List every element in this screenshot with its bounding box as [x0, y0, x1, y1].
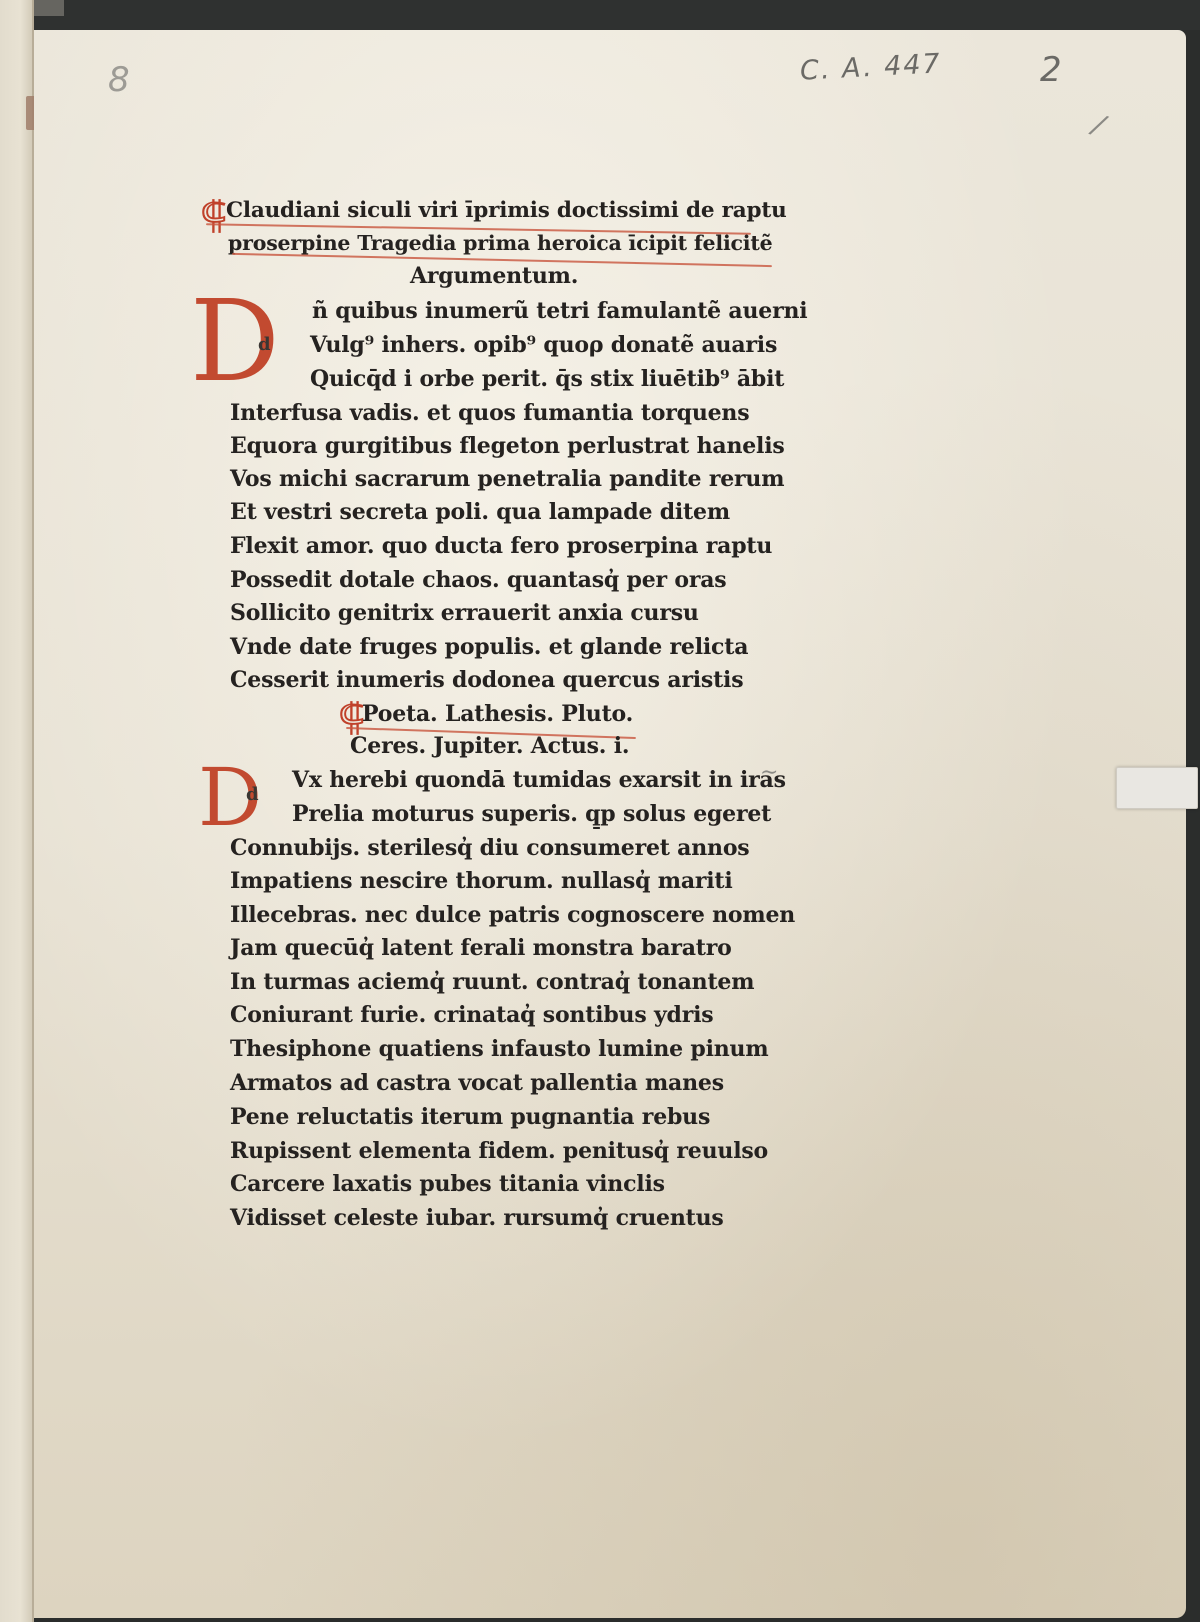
- dramatis-personae-line-2: Ceres. Jupiter. Actus. i.: [350, 733, 629, 759]
- verse-line: Prelia moturus superis. q̱p solus egeret: [292, 801, 771, 827]
- verse-line: Vos michi sacrarum penetralia pandite re…: [230, 466, 784, 492]
- verse-line: Vulg⁹ inhers. opib⁹ quoρ donatẽ auaris: [310, 332, 777, 358]
- verse-line: Armatos ad castra vocat pallentia manes: [230, 1070, 724, 1096]
- verse-line: Jam quecūq̓ latent ferali monstra barat…: [230, 935, 732, 961]
- verse-line: In turmas aciemq̓ ruunt. contraq̓ tonant…: [230, 969, 754, 995]
- verse-line: Thesiphone quatiens infausto lumine pinu…: [230, 1036, 768, 1062]
- verse-line: Vidisset celeste iubar. rursumq̓ cruentu…: [230, 1205, 724, 1231]
- dramatis-personae-line-1: Poeta. Lathesis. Pluto.: [362, 701, 633, 727]
- verse-line: Sollicito genitrix errauerit anxia cursu: [230, 600, 699, 626]
- verse-line: ñ quibus inumerũ tetri famulantẽ auerni: [312, 298, 807, 324]
- verse-line: Rupissent elementa fidem. penitusq̓ reuu…: [230, 1138, 768, 1164]
- verse-line: Equora gurgitibus flegeton perlustrat ha…: [230, 433, 785, 459]
- heading-line-2: proserpine Tragedia prima heroica īcipi…: [228, 231, 773, 255]
- verse-line: Illecebras. nec dulce patris cognoscere …: [230, 902, 795, 928]
- guide-letter: d: [246, 784, 259, 805]
- verse-line: Quicq̄d i orbe perit. q̄s stix liuētib⁹…: [310, 366, 784, 392]
- verse-line: Pene reluctatis iterum pugnantia rebus: [230, 1104, 710, 1130]
- verse-line: Interfusa vadis. et quos fumantia torque…: [230, 400, 749, 426]
- heading-line-3: Argumentum.: [410, 263, 578, 289]
- verse-line: Connubijs. sterilesq̓ diu consumeret ann…: [230, 835, 749, 861]
- verse-line: Possedit dotale chaos. quantasq̓ per ora…: [230, 567, 726, 593]
- verse-line: Cesserit inumeris dodonea quercus aristi…: [230, 667, 743, 693]
- heading-line-1: Claudiani siculi viri īprimis doctissim…: [226, 198, 787, 223]
- verse-line: Impatiens nescire thorum. nullasq̓ marit…: [230, 868, 733, 894]
- text-block: ⸿ Claudiani siculi viri īprimis doctiss…: [0, 0, 1200, 1622]
- verse-line: Vx herebi quondā tumidas exarsit in ira…: [292, 767, 786, 793]
- verse-line: Flexit amor. quo ducta fero proserpina r…: [230, 533, 772, 559]
- verse-line: Et vestri secreta poli. qua lampade dite…: [230, 499, 730, 525]
- verse-line: Vnde date fruges populis. et glande reli…: [230, 634, 748, 660]
- verse-line: Carcere laxatis pubes titania vinclis: [230, 1171, 665, 1197]
- guide-letter: d: [258, 334, 271, 355]
- verse-line: Coniurant furie. crinataq̓ sontibus ydri…: [230, 1002, 713, 1028]
- pilcrow-icon: ⸿: [200, 188, 227, 240]
